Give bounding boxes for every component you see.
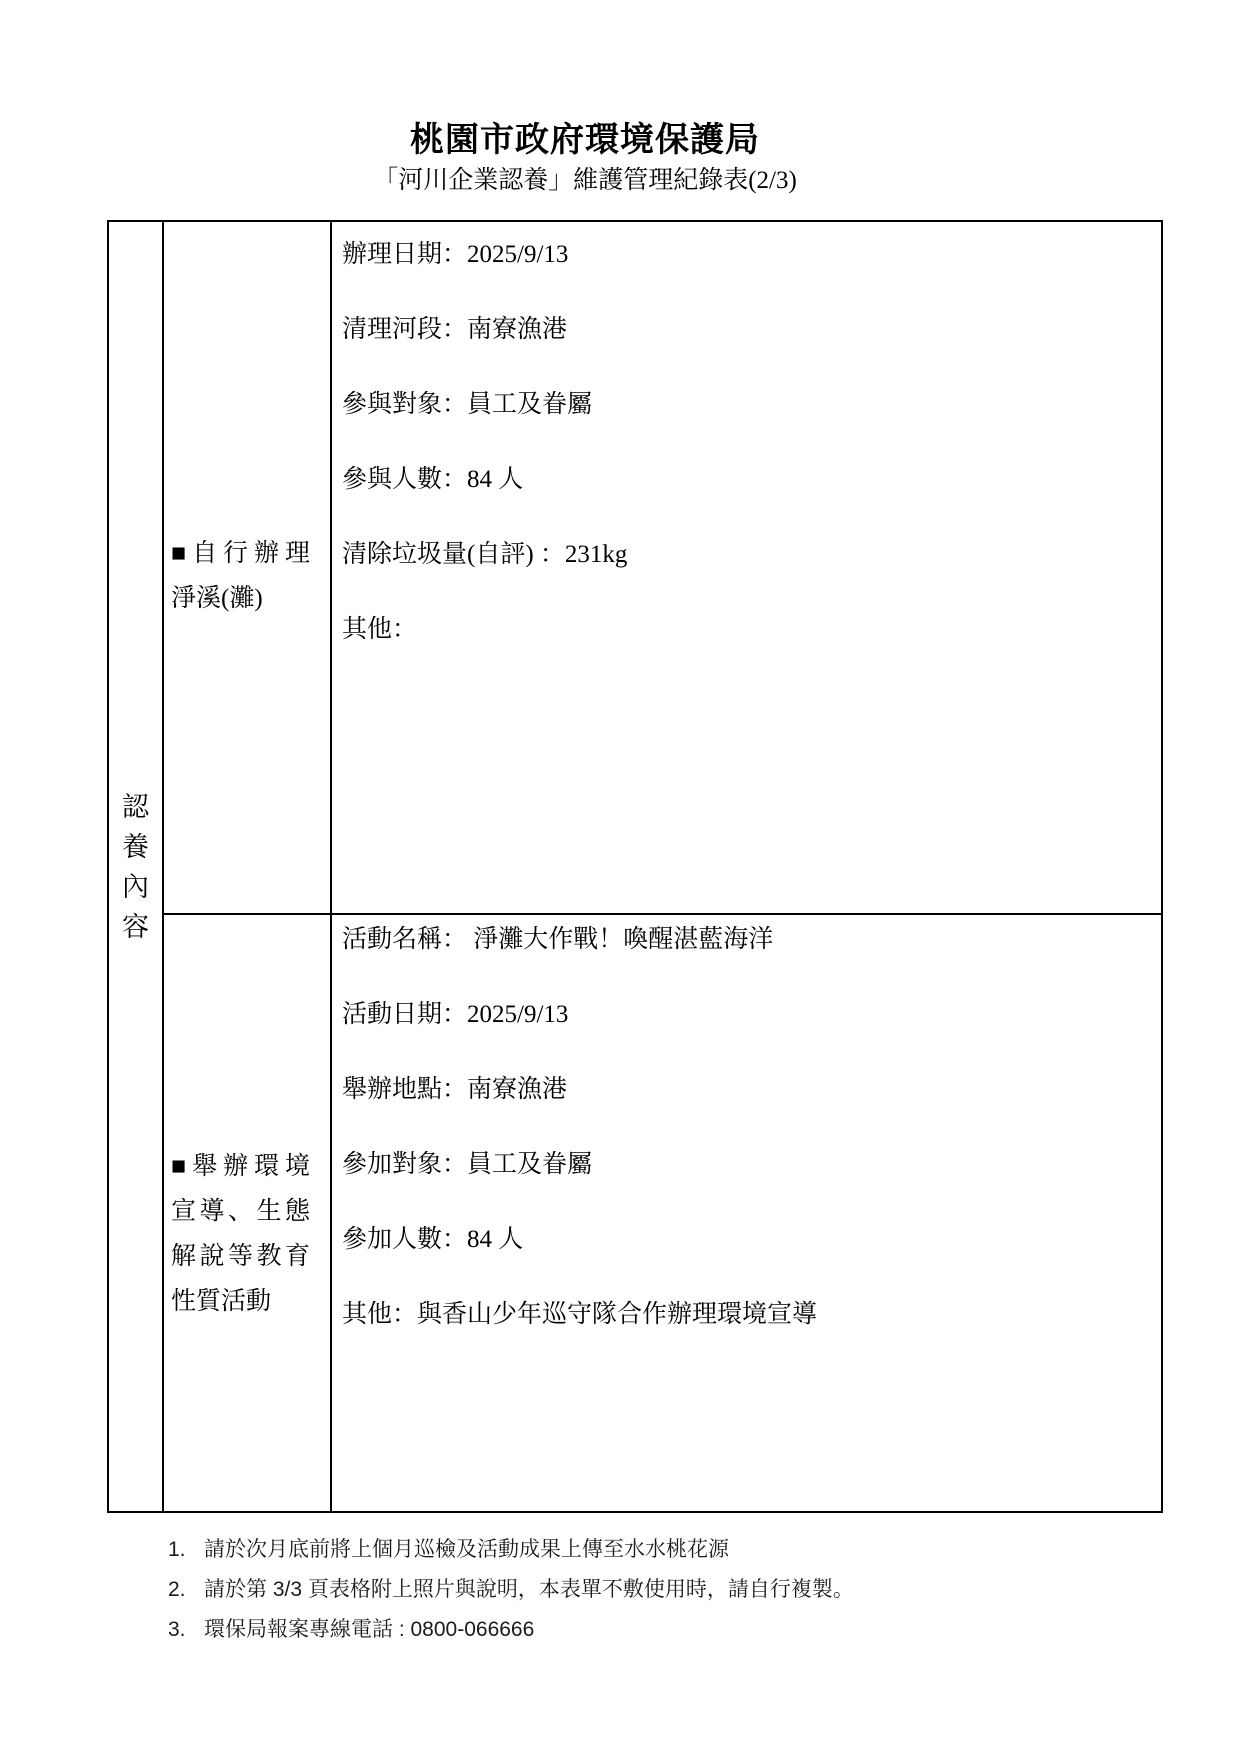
education-event-label-line-2: 宣導、生態 <box>171 1189 310 1234</box>
field-participant-type: 參與對象：員工及眷屬 <box>342 387 1151 423</box>
footer-notes: 1. 請於次月底前將上個月巡檢及活動成果上傳至水水桃花源 2. 請於第 3/3 … <box>168 1537 1068 1657</box>
row-education-event-label-cell: ■舉辦環境 宣導、生態 解說等教育 性質活動 <box>164 915 332 1511</box>
document-page: 桃園市政府環境保護局 「河川企業認養」維護管理紀錄表(2/3) 認養內容 ■自行… <box>0 0 1241 1755</box>
row-education-event-content-cell: 活動名稱： 淨灘大作戰！喚醒湛藍海洋 活動日期：2025/9/13 舉辦地點：南… <box>332 915 1161 1511</box>
field-activity-name: 活動名稱： 淨灘大作戰！喚醒湛藍海洋 <box>342 922 1151 958</box>
education-event-label-line-3: 解說等教育 <box>171 1234 310 1279</box>
field-other: 其他： <box>342 612 1151 648</box>
note-item-3: 3. 環保局報案專線電話 : 0800-066666 <box>168 1617 1068 1643</box>
adoption-content-column: 認養內容 <box>109 222 164 1511</box>
checkbox-education-event-label-line: ■舉辦環境 <box>171 1144 310 1189</box>
row-self-cleanup-content-cell: 辦理日期：2025/9/13 清理河段：南寮漁港 參與對象：員工及眷屬 參與人數… <box>332 222 1161 915</box>
note-number: 3. <box>168 1617 204 1643</box>
note-number: 2. <box>168 1577 204 1603</box>
checkbox-self-cleanup-label-line: ■自行辦理 <box>171 531 310 576</box>
row-self-cleanup-label-cell: ■自行辦理 淨溪(灘) <box>164 222 332 915</box>
field-activity-participant-count: 參加人數：84 人 <box>342 1222 1151 1258</box>
page-title: 桃園市政府環境保護局 <box>0 112 1170 161</box>
field-garbage-amount: 清除垃圾量(自評) ：231kg <box>342 537 1151 573</box>
field-activity-other: 其他：與香山少年巡守隊合作辦理環境宣導 <box>342 1297 1151 1333</box>
field-participant-count: 參與人數：84 人 <box>342 462 1151 498</box>
self-cleanup-label-line: 淨溪(灘) <box>171 576 310 621</box>
field-handle-date: 辦理日期：2025/9/13 <box>342 237 1151 273</box>
page-subtitle: 「河川企業認養」維護管理紀錄表(2/3) <box>0 160 1170 196</box>
note-text-hotline: 環保局報案專線電話 : 0800-066666 <box>204 1617 1068 1643</box>
education-event-label-line-4: 性質活動 <box>171 1279 310 1324</box>
field-activity-date: 活動日期：2025/9/13 <box>342 997 1151 1033</box>
note-text-attach-photos: 請於第 3/3 頁表格附上照片與說明，本表單不敷使用時，請自行複製。 <box>204 1577 1068 1603</box>
field-river-section: 清理河段：南寮漁港 <box>342 312 1151 348</box>
field-activity-participant-type: 參加對象：員工及眷屬 <box>342 1147 1151 1183</box>
record-table: 認養內容 ■自行辦理 淨溪(灘) 辦理日期：2025/9/13 清理河段：南寮漁… <box>107 220 1163 1513</box>
note-text-upload-results: 請於次月底前將上個月巡檢及活動成果上傳至水水桃花源 <box>204 1537 1068 1563</box>
field-activity-location: 舉辦地點：南寮漁港 <box>342 1072 1151 1108</box>
note-item-2: 2. 請於第 3/3 頁表格附上照片與說明，本表單不敷使用時，請自行複製。 <box>168 1577 1068 1603</box>
note-item-1: 1. 請於次月底前將上個月巡檢及活動成果上傳至水水桃花源 <box>168 1537 1068 1563</box>
note-number: 1. <box>168 1537 204 1563</box>
adoption-content-vertical-label: 認養內容 <box>120 787 152 947</box>
